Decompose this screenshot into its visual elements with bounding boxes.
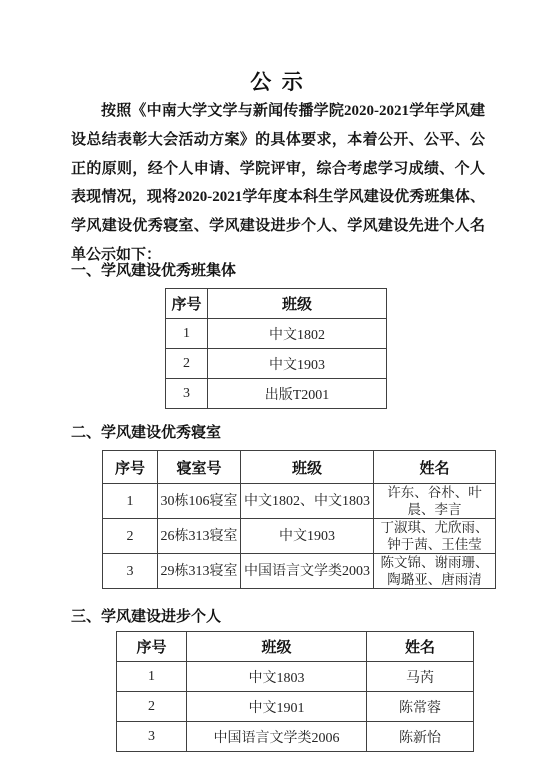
table-header-row: 序号 寝室号 班级 姓名	[103, 451, 496, 484]
section-1-heading: 一、学风建设优秀班集体	[71, 262, 236, 280]
name-cell: 马芮	[367, 662, 474, 692]
names-cell: 许东、谷朴、叶晨、李言	[374, 484, 496, 519]
serial-cell: 3	[117, 722, 187, 752]
dorm-cell: 26栋313寝室	[158, 519, 241, 554]
class-cell: 中文1901	[187, 692, 367, 722]
table-row: 1 中文1802	[166, 319, 387, 349]
class-collective-table: 序号 班级 1 中文1802 2 中文1903 3 出版T2001	[165, 288, 387, 409]
class-cell: 中文1803	[187, 662, 367, 692]
class-cell: 中文1903	[208, 349, 387, 379]
dorm-cell: 30栋106寝室	[158, 484, 241, 519]
name-cell: 陈常蓉	[367, 692, 474, 722]
table-header-row: 序号 班级 姓名	[117, 632, 474, 662]
class-cell: 出版T2001	[208, 379, 387, 409]
table-row: 1 中文1803 马芮	[117, 662, 474, 692]
body-paragraph: 按照《中南大学文学与新闻传播学院2020-2021学年学风建设总结表彰大会活动方…	[71, 97, 485, 270]
serial-cell: 3	[166, 379, 208, 409]
section-2-heading: 二、学风建设优秀寝室	[71, 424, 221, 442]
dormitory-table: 序号 寝室号 班级 姓名 1 30栋106寝室 中文1802、中文1803 许东…	[102, 450, 496, 589]
column-header-serial: 序号	[166, 289, 208, 319]
column-header-class: 班级	[241, 451, 374, 484]
names-cell: 丁淑琪、尤欣雨、钟于茜、王佳莹	[374, 519, 496, 554]
column-header-dorm: 寝室号	[158, 451, 241, 484]
table-header-row: 序号 班级	[166, 289, 387, 319]
column-header-name: 姓名	[367, 632, 474, 662]
table-row: 3 中国语言文学类2006 陈新怡	[117, 722, 474, 752]
name-cell: 陈新怡	[367, 722, 474, 752]
class-cell: 中文1802、中文1803	[241, 484, 374, 519]
serial-cell: 3	[103, 554, 158, 589]
names-cell: 陈文锦、谢雨珊、陶璐亚、唐雨清	[374, 554, 496, 589]
serial-cell: 2	[166, 349, 208, 379]
announcement-page: 公 示 按照《中南大学文学与新闻传播学院2020-2021学年学风建设总结表彰大…	[0, 0, 553, 784]
class-cell: 中文1903	[241, 519, 374, 554]
column-header-class: 班级	[208, 289, 387, 319]
serial-cell: 2	[117, 692, 187, 722]
class-cell: 中国语言文学类2006	[187, 722, 367, 752]
table-row: 2 中文1903	[166, 349, 387, 379]
progress-individual-table: 序号 班级 姓名 1 中文1803 马芮 2 中文1901 陈常蓉 3 中国语言…	[116, 631, 474, 752]
class-cell: 中文1802	[208, 319, 387, 349]
column-header-serial: 序号	[117, 632, 187, 662]
table-row: 3 出版T2001	[166, 379, 387, 409]
table-row: 2 26栋313寝室 中文1903 丁淑琪、尤欣雨、钟于茜、王佳莹	[103, 519, 496, 554]
dorm-cell: 29栋313寝室	[158, 554, 241, 589]
section-3-heading: 三、学风建设进步个人	[71, 608, 221, 626]
page-title: 公 示	[0, 66, 553, 96]
column-header-serial: 序号	[103, 451, 158, 484]
serial-cell: 1	[103, 484, 158, 519]
serial-cell: 1	[117, 662, 187, 692]
table-row: 3 29栋313寝室 中国语言文学类2003 陈文锦、谢雨珊、陶璐亚、唐雨清	[103, 554, 496, 589]
table-row: 2 中文1901 陈常蓉	[117, 692, 474, 722]
serial-cell: 2	[103, 519, 158, 554]
table-row: 1 30栋106寝室 中文1802、中文1803 许东、谷朴、叶晨、李言	[103, 484, 496, 519]
column-header-class: 班级	[187, 632, 367, 662]
serial-cell: 1	[166, 319, 208, 349]
class-cell: 中国语言文学类2003	[241, 554, 374, 589]
column-header-names: 姓名	[374, 451, 496, 484]
